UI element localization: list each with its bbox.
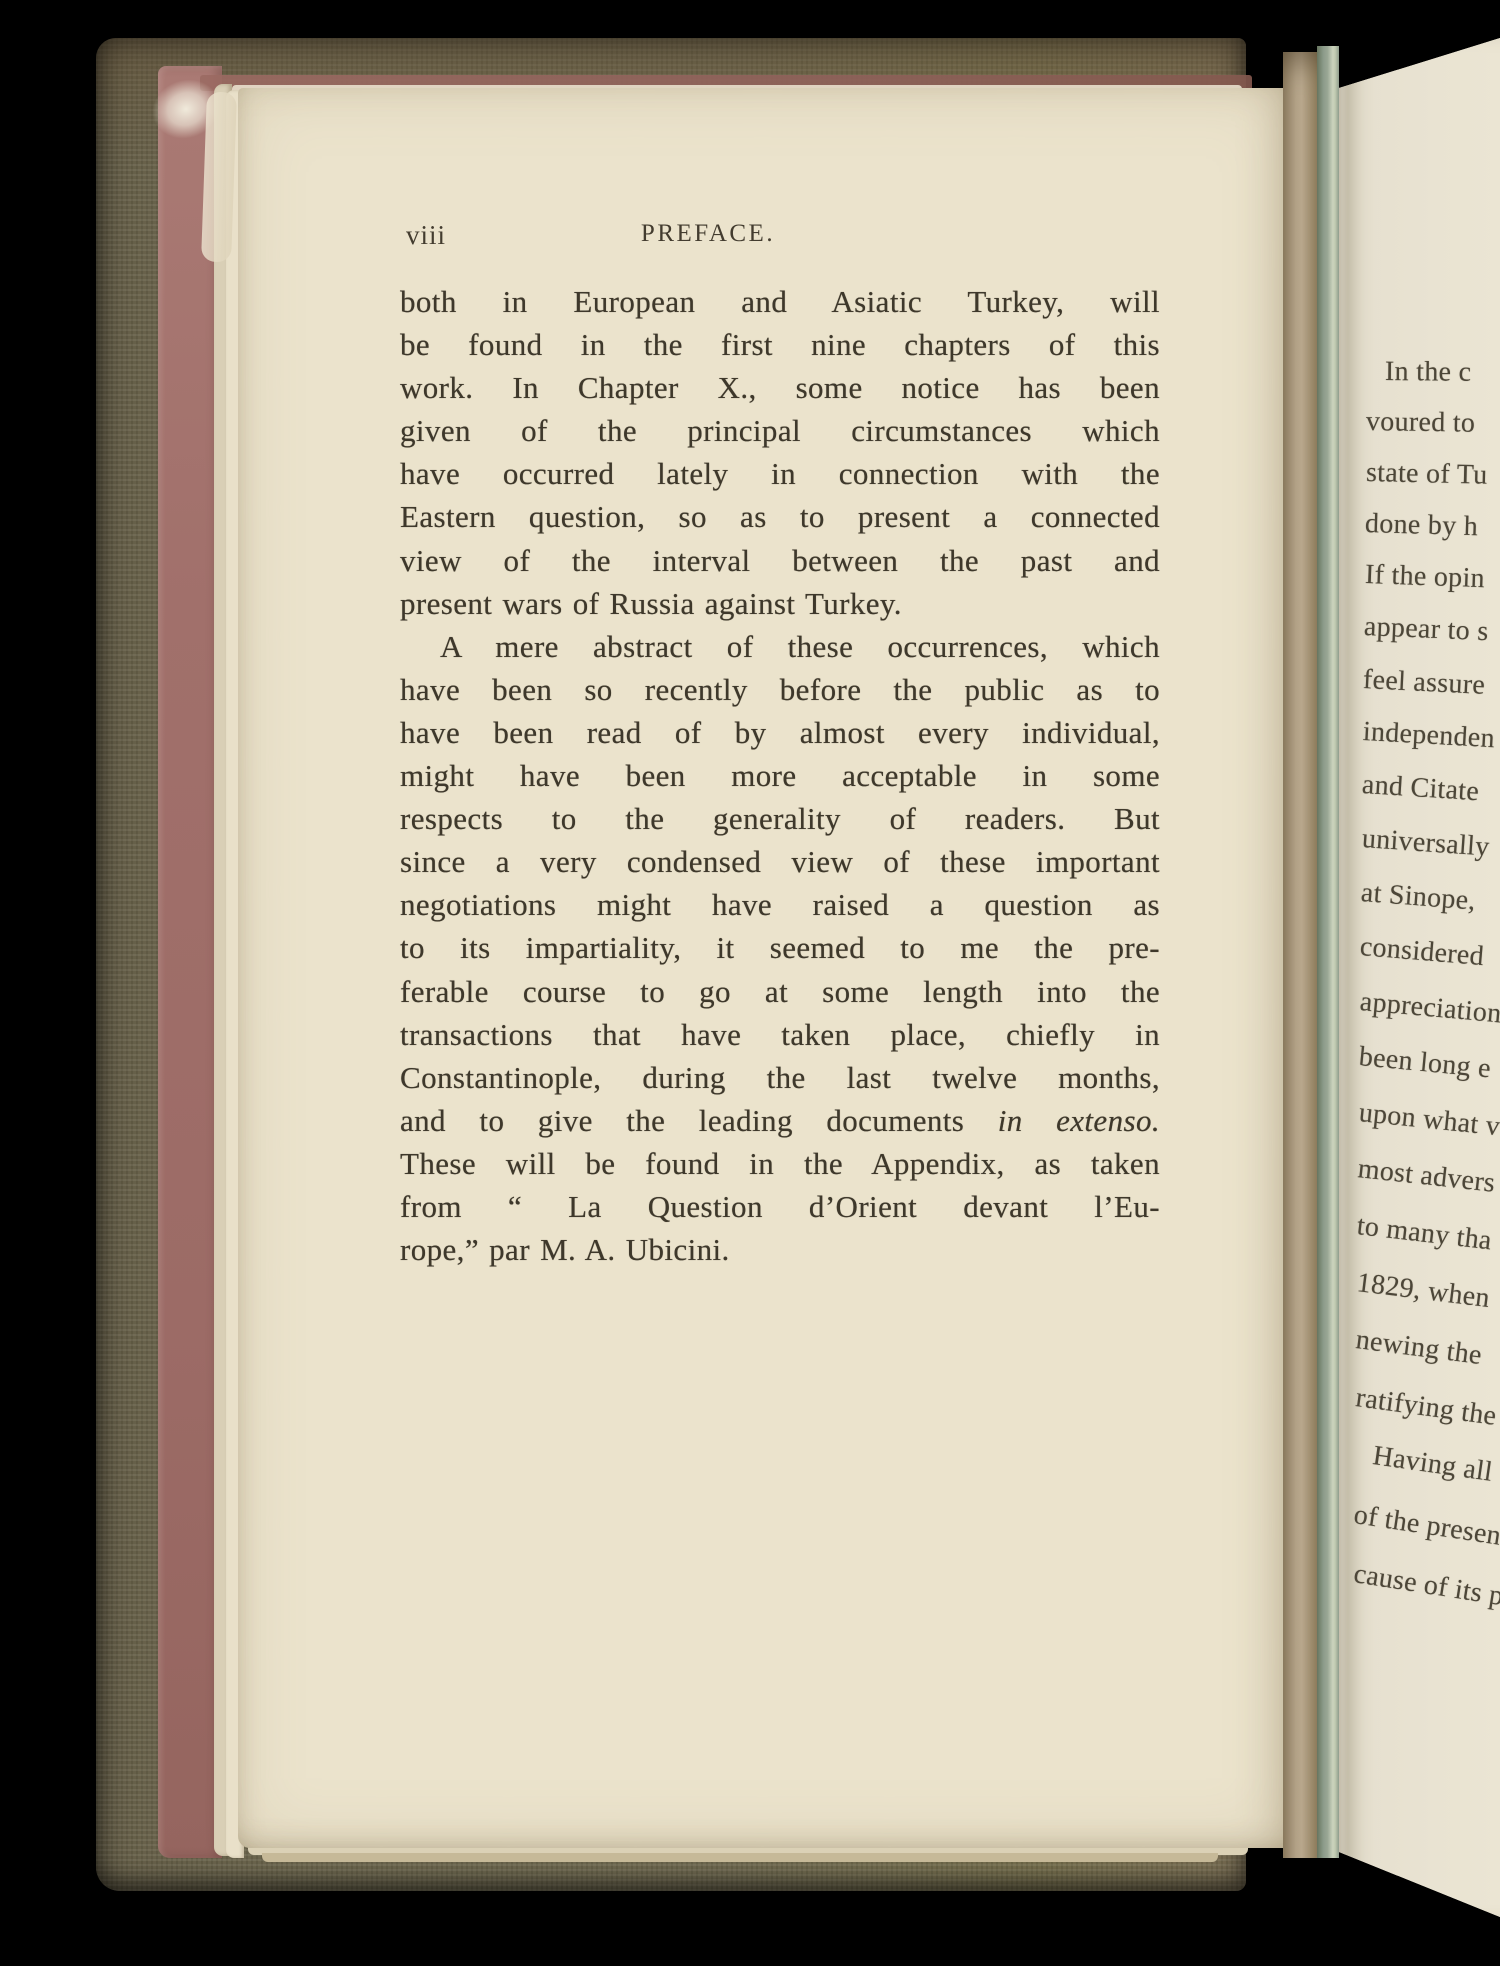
text-line-partial: of the presen [1352, 1499, 1500, 1553]
text-line-partial: cause of its pu [1351, 1558, 1500, 1615]
text-line-partial: most advers [1356, 1153, 1496, 1200]
italic-phrase: in extenso. [998, 1103, 1160, 1138]
page-number: viii [406, 220, 446, 251]
text-line-partial: state of Tu [1365, 457, 1487, 492]
text-line-partial: voured to [1366, 406, 1476, 440]
left-page-text: both in European and Asiatic Turkey, wil… [400, 280, 1160, 1271]
text-line-partial: considered [1359, 931, 1485, 973]
text-line: work. In Chapter X., some notice has bee… [400, 366, 1160, 409]
text-line: respects to the generality of readers. B… [400, 797, 1160, 840]
text-line: have been so recently before the public … [400, 668, 1160, 711]
text-line: Eastern question, so as to present a con… [400, 495, 1160, 538]
text-line: from “ La Question d’Orient devant l’Eu- [400, 1185, 1160, 1228]
text-line: and to give the leading documents in ext… [400, 1099, 1160, 1142]
text-line: to its impartiality, it seemed to me the… [400, 926, 1160, 969]
running-title: PREFACE. [641, 220, 775, 248]
text-line-partial: and Citate [1361, 769, 1480, 808]
text-line: have been read of by almost every indivi… [400, 711, 1160, 754]
text-line: transactions that have taken place, chie… [400, 1013, 1160, 1056]
text-line-partial: independen [1362, 716, 1496, 755]
page-stack-bottom-edge [262, 1853, 1218, 1862]
text-line: negotiations might have raised a questio… [400, 883, 1160, 926]
text-line-partial: universally [1360, 823, 1490, 864]
text-line: rope,” par M. A. Ubicini. [400, 1228, 1160, 1271]
text-line: have occurred lately in connection with … [400, 452, 1160, 495]
text-line-partial: done by h [1365, 508, 1479, 543]
text-line-partial: Having all [1371, 1440, 1495, 1489]
endpaper-edge [158, 66, 222, 1858]
text-line: Constantinople, during the last twelve m… [400, 1056, 1160, 1099]
text-line: ferable course to go at some length into… [400, 970, 1160, 1013]
text-line: present wars of Russia against Turkey. [400, 582, 1160, 625]
text-line-partial: appreciation [1358, 986, 1500, 1030]
book-photo: viii PREFACE. both in European and Asiat… [0, 0, 1500, 1966]
text-line: A mere abstract of these occurrences, wh… [400, 625, 1160, 668]
text-line: since a very condensed view of these imp… [400, 840, 1160, 883]
torn-paper-fragment [201, 92, 237, 263]
text-line: be found in the first nine chapters of t… [400, 323, 1160, 366]
text-line-partial: newing the [1354, 1324, 1484, 1372]
book-gutter-fold [1283, 52, 1317, 1858]
text-line: might have been more acceptable in some [400, 754, 1160, 797]
text-line: These will be found in the Appendix, as … [400, 1142, 1160, 1185]
text-line-partial: feel assure [1363, 664, 1487, 702]
text-line: given of the principal circumstances whi… [400, 409, 1160, 452]
text-line-partial: appear to s [1363, 611, 1489, 648]
text-line-partial: If the opin [1364, 559, 1485, 595]
text-line-partial: In the c [1385, 356, 1472, 389]
text-line-partial: to many tha [1356, 1210, 1494, 1257]
page-header: viii PREFACE. [400, 214, 1160, 258]
text-line-partial: upon what v [1357, 1097, 1500, 1143]
text-line-partial: ratifying the [1353, 1382, 1498, 1433]
text-line: view of the interval between the past an… [400, 539, 1160, 582]
left-page: viii PREFACE. both in European and Asiat… [238, 88, 1290, 1848]
text-line: both in European and Asiatic Turkey, wil… [400, 280, 1160, 323]
text-line-partial: 1829, when [1355, 1267, 1492, 1315]
right-page: In the cvoured tostate of Tudone by hIf … [1339, 38, 1500, 1920]
text-line-partial: at Sinope, [1360, 877, 1477, 918]
text-line-partial: been long e [1358, 1042, 1493, 1086]
book-gutter [1317, 46, 1339, 1858]
